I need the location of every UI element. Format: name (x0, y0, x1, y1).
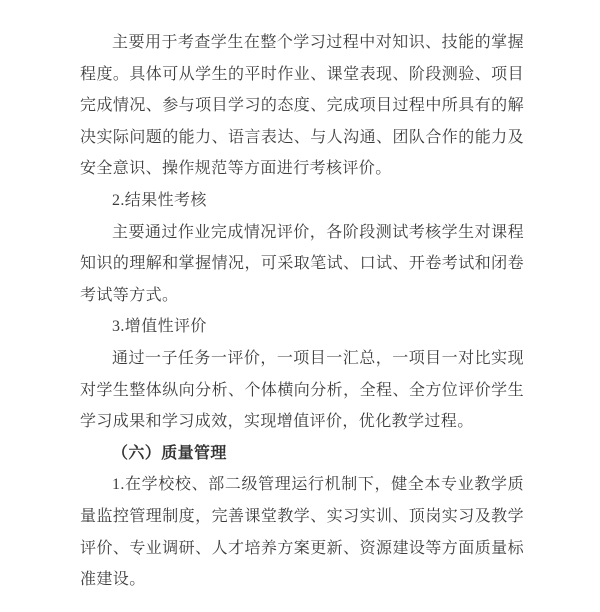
subheading-result-assessment: 2.结果性考核 (80, 185, 524, 217)
document-page: 主要用于考查学生在整个学习过程中对知识、技能的掌握程度。具体可从学生的平时作业、… (0, 0, 600, 612)
body-paragraph-result-assessment: 主要通过作业完成情况评价，各阶段测试考核学生对课程知识的理解和掌握情况，可采取笔… (80, 217, 524, 312)
document-text-block: 主要用于考查学生在整个学习过程中对知识、技能的掌握程度。具体可从学生的平时作业、… (80, 27, 524, 596)
body-paragraph-quality-management: 1.在学校校、部二级管理运行机制下，健全本专业教学质量监控管理制度，完善课堂教学… (80, 469, 524, 595)
subheading-value-added-evaluation: 3.增值性评价 (80, 311, 524, 343)
body-paragraph-process-assessment: 主要用于考查学生在整个学习过程中对知识、技能的掌握程度。具体可从学生的平时作业、… (80, 27, 524, 185)
body-paragraph-value-added-evaluation: 通过一子任务一评价，一项目一汇总，一项目一对比实现对学生整体纵向分析、个体横向分… (80, 343, 524, 438)
section-heading-quality-management: （六）质量管理 (80, 438, 524, 470)
